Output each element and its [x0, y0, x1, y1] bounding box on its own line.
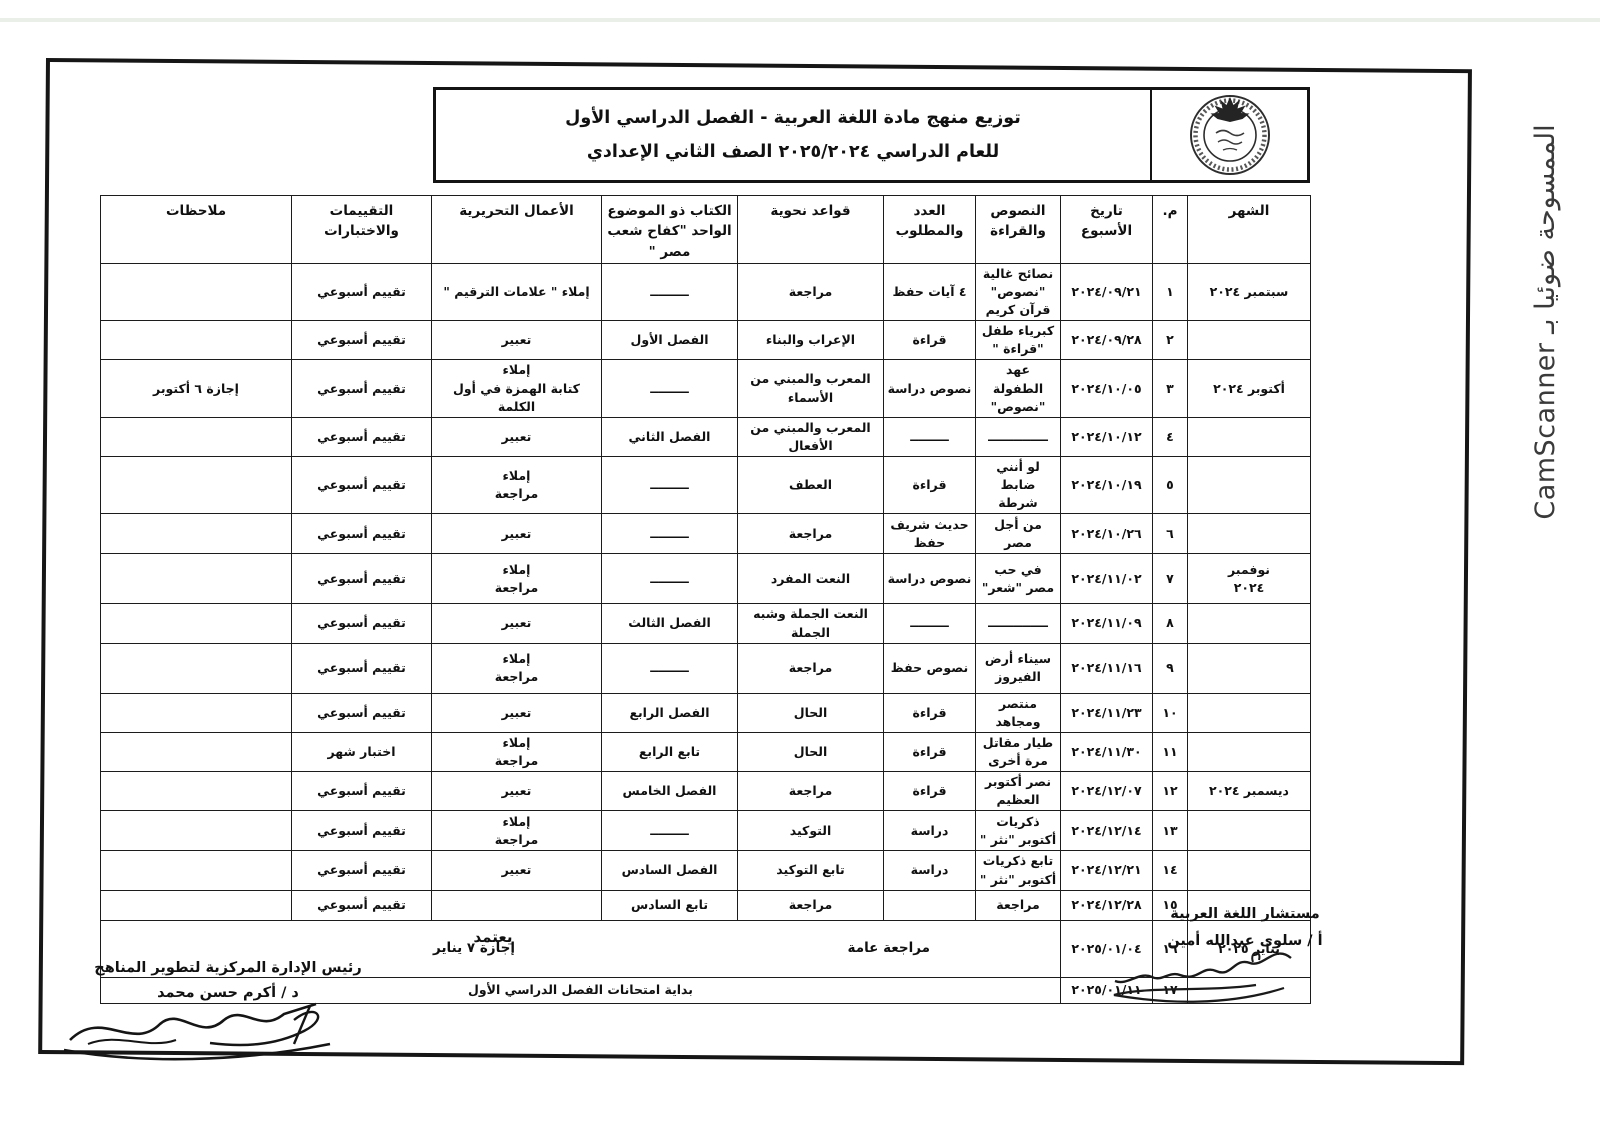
- cell-required: حديث شريف حفظ: [884, 514, 976, 554]
- cell-grammar: مراجعة: [738, 890, 884, 920]
- cell-assessment: تقييم أسبوعي: [292, 417, 432, 456]
- table-row-week1: سبتمبر ٢٠٢٤١٢٠٢٤/٠٩/٢١نصائح غالية "نصوص"…: [101, 263, 1311, 320]
- cell-assessment: تقييم أسبوعي: [292, 693, 432, 732]
- cell-required: ـــــــــ: [884, 604, 976, 643]
- cell-required: ٤ آيات حفظ: [884, 263, 976, 320]
- approval-label: يعتمد: [448, 928, 538, 946]
- camscanner-watermark: الممسوحة ضوئيا بـ CamScanner: [1530, 22, 1564, 622]
- cell-assessment: تقييم أسبوعي: [292, 321, 432, 360]
- cell-date: ٢٠٢٤/١٠/١٩: [1061, 457, 1153, 514]
- general-review-label: مراجعة عامة: [848, 939, 930, 959]
- cell-required: قراءة: [884, 732, 976, 771]
- cell-date: ٢٠٢٤/١٢/٢٨: [1061, 890, 1153, 920]
- cell-grammar: المعرب والمبني من الأفعال: [738, 417, 884, 456]
- cell-assessment: تقييم أسبوعي: [292, 554, 432, 604]
- col-header-written-works: الأعمال التحريرية: [432, 196, 602, 264]
- cell-notes: [101, 321, 292, 360]
- cell-book: ـــــــــ: [602, 554, 738, 604]
- col-header-assessments-exams: التقييمات والاختبارات: [292, 196, 432, 264]
- cell-texts: تابع ذكريات أكتوبر "نثر ": [976, 851, 1061, 890]
- table-row-week10: ١٠٢٠٢٤/١١/٢٣منتصر ومجاهدقراءةالحالالفصل …: [101, 693, 1311, 732]
- cell-month: [1188, 851, 1311, 890]
- cell-required: دراسة: [884, 851, 976, 890]
- cell-written: إملاء مراجعة: [432, 732, 602, 771]
- cell-texts: ــــــــــــــ: [976, 604, 1061, 643]
- cell-assessment: تقييم أسبوعي: [292, 811, 432, 851]
- cell-date: ٢٠٢٤/١١/٣٠: [1061, 732, 1153, 771]
- cell-texts: طيار مقاتل مرة أخرى: [976, 732, 1061, 771]
- cell-required: ـــــــــ: [884, 417, 976, 456]
- cell-month: [1188, 811, 1311, 851]
- title-line-1: توزيع منهج مادة اللغة العربية - الفصل ال…: [436, 101, 1150, 135]
- cell-book: تابع السادس: [602, 890, 738, 920]
- cell-assessment: تقييم أسبوعي: [292, 890, 432, 920]
- cell-book: ـــــــــ: [602, 811, 738, 851]
- cell-grammar: الحال: [738, 693, 884, 732]
- cell-grammar: مراجعة: [738, 263, 884, 320]
- cell-grammar: مراجعة: [738, 514, 884, 554]
- cell-grammar: تابع التوكيد: [738, 851, 884, 890]
- cell-date: ٢٠٢٤/١٠/٠٥: [1061, 360, 1153, 417]
- cell-date: ٢٠٢٤/١٠/٢٦: [1061, 514, 1153, 554]
- table-row-week2: ٢٢٠٢٤/٠٩/٢٨كبرياء طفل "قراءة "قراءةالإعر…: [101, 321, 1311, 360]
- ministry-seal-icon: [1186, 89, 1274, 181]
- cell-notes: [101, 604, 292, 643]
- col-header-texts-reading: النصوص والقراءة: [976, 196, 1061, 264]
- cell-written: إملاء " علامات الترقيم ": [432, 263, 602, 320]
- table-row-week6: ٦٢٠٢٤/١٠/٢٦من أجل مصرحديث شريف حفظمراجعة…: [101, 514, 1311, 554]
- cell-book: ـــــــــ: [602, 360, 738, 417]
- cell-texts: عهد الطفولة "نصوص": [976, 360, 1061, 417]
- cell-date: ٢٠٢٤/١٢/١٤: [1061, 811, 1153, 851]
- cell-notes: [101, 772, 292, 811]
- consultant-signature: [1108, 938, 1303, 1010]
- cell-book: تابع الرابع: [602, 732, 738, 771]
- cell-notes: [101, 643, 292, 693]
- cell-date: ٢٠٢٤/١١/٠٩: [1061, 604, 1153, 643]
- cell-written: إملاء مراجعة: [432, 554, 602, 604]
- document-header: توزيع منهج مادة اللغة العربية - الفصل ال…: [433, 87, 1310, 183]
- col-header-grammar: قواعد نحوية: [738, 196, 884, 264]
- cell-notes: [101, 263, 292, 320]
- cell-book: ـــــــــ: [602, 263, 738, 320]
- cell-notes: [101, 732, 292, 771]
- cell-book: الفصل الأول: [602, 321, 738, 360]
- table-row-week5: ٥٢٠٢٤/١٠/١٩لو أنني ضابط شرطةقراءةالعطفــ…: [101, 457, 1311, 514]
- cell-month: [1188, 693, 1311, 732]
- col-header-notes: ملاحظات: [101, 196, 292, 264]
- cell-month: سبتمبر ٢٠٢٤: [1188, 263, 1311, 320]
- cell-grammar: العطف: [738, 457, 884, 514]
- cell-required: [884, 890, 976, 920]
- cell-assessment: تقييم أسبوعي: [292, 772, 432, 811]
- cell-assessment: تقييم أسبوعي: [292, 604, 432, 643]
- cell-num: ٧: [1153, 554, 1188, 604]
- cell-book: الفصل الثاني: [602, 417, 738, 456]
- cell-texts: ذكريات أكتوبر "نثر ": [976, 811, 1061, 851]
- cell-date: ٢٠٢٤/١١/١٦: [1061, 643, 1153, 693]
- cell-grammar: النعت الجملة وشبه الجملة: [738, 604, 884, 643]
- cell-assessment: تقييم أسبوعي: [292, 263, 432, 320]
- cell-grammar: مراجعة: [738, 772, 884, 811]
- cell-written: تعبير: [432, 417, 602, 456]
- cell-written: إملاء كتابة الهمزة في أول الكلمة: [432, 360, 602, 417]
- cell-num: ٦: [1153, 514, 1188, 554]
- cell-month: ديسمبر ٢٠٢٤: [1188, 772, 1311, 811]
- cell-written: إملاء مراجعة: [432, 643, 602, 693]
- cell-num: ٤: [1153, 417, 1188, 456]
- cell-grammar: النعت المفرد: [738, 554, 884, 604]
- col-header-single-topic-book: الكتاب ذو الموضوع الواحد "كفاح شعب مصر ": [602, 196, 738, 264]
- cell-notes: [101, 457, 292, 514]
- cell-assessment: تقييم أسبوعي: [292, 360, 432, 417]
- consultant-title: مستشار اللغة العربية: [1140, 901, 1350, 928]
- cell-texts: كبرياء طفل "قراءة ": [976, 321, 1061, 360]
- cell-written: تعبير: [432, 772, 602, 811]
- cell-notes: [101, 417, 292, 456]
- cell-month: [1188, 417, 1311, 456]
- head-signature: [58, 992, 348, 1064]
- cell-date: ٢٠٢٤/١٢/٠٧: [1061, 772, 1153, 811]
- cell-month: [1188, 732, 1311, 771]
- cell-required: نصوص دراسة: [884, 360, 976, 417]
- cell-month: أكتوبر ٢٠٢٤: [1188, 360, 1311, 417]
- cell-texts: من أجل مصر: [976, 514, 1061, 554]
- cell-num: ١: [1153, 263, 1188, 320]
- cell-written: إملاء مراجعة: [432, 457, 602, 514]
- document-title: توزيع منهج مادة اللغة العربية - الفصل ال…: [436, 90, 1150, 180]
- scan-artifact-streak: [0, 18, 1600, 22]
- cell-num: ٢: [1153, 321, 1188, 360]
- table-row-week14: ١٤٢٠٢٤/١٢/٢١تابع ذكريات أكتوبر "نثر "درا…: [101, 851, 1311, 890]
- cell-texts: سيناء أرض الفيروز: [976, 643, 1061, 693]
- table-row-week9: ٩٢٠٢٤/١١/١٦سيناء أرض الفيروزنصوص حفظمراج…: [101, 643, 1311, 693]
- cell-month: نوفمبر ٢٠٢٤: [1188, 554, 1311, 604]
- cell-notes: [101, 693, 292, 732]
- cell-num: ٥: [1153, 457, 1188, 514]
- cell-written: [432, 890, 602, 920]
- cell-date: ٢٠٢٤/٠٩/٢١: [1061, 263, 1153, 320]
- col-header-month: الشهر: [1188, 196, 1311, 264]
- cell-assessment: تقييم أسبوعي: [292, 643, 432, 693]
- cell-written: تعبير: [432, 321, 602, 360]
- cell-book: الفصل الخامس: [602, 772, 738, 811]
- cell-grammar: الإعراب والبناء: [738, 321, 884, 360]
- cell-texts: ــــــــــــــ: [976, 417, 1061, 456]
- cell-month: [1188, 643, 1311, 693]
- cell-texts: منتصر ومجاهد: [976, 693, 1061, 732]
- cell-texts: نصائح غالية "نصوص" قرآن كريم: [976, 263, 1061, 320]
- cell-written: تعبير: [432, 851, 602, 890]
- cell-required: قراءة: [884, 457, 976, 514]
- cell-notes: إجازة ٦ أكتوبر: [101, 360, 292, 417]
- cell-book: الفصل الثالث: [602, 604, 738, 643]
- cell-notes: [101, 554, 292, 604]
- cell-month: [1188, 604, 1311, 643]
- cell-written: تعبير: [432, 604, 602, 643]
- cell-month: [1188, 321, 1311, 360]
- cell-grammar: التوكيد: [738, 811, 884, 851]
- header-row: الشهر م. تاريخ الأسبوع النصوص والقراءة ا…: [101, 196, 1311, 264]
- cell-num: ١٣: [1153, 811, 1188, 851]
- cell-date: ٢٠٢٤/١٢/٢١: [1061, 851, 1153, 890]
- cell-required: نصوص دراسة: [884, 554, 976, 604]
- table-row-week3: أكتوبر ٢٠٢٤٣٢٠٢٤/١٠/٠٥عهد الطفولة "نصوص"…: [101, 360, 1311, 417]
- cell-required: نصوص حفظ: [884, 643, 976, 693]
- table-row-week12: ديسمبر ٢٠٢٤١٢٢٠٢٤/١٢/٠٧نصر أكتوبر العظيم…: [101, 772, 1311, 811]
- cell-notes: [101, 851, 292, 890]
- cell-required: دراسة: [884, 811, 976, 851]
- cell-notes: [101, 890, 292, 920]
- cell-month: [1188, 514, 1311, 554]
- cell-notes: [101, 811, 292, 851]
- cell-date: ٢٠٢٤/١٠/١٢: [1061, 417, 1153, 456]
- title-line-2: للعام الدراسي ٢٠٢٥/٢٠٢٤ الصف الثاني الإع…: [436, 135, 1150, 169]
- cell-grammar: الحال: [738, 732, 884, 771]
- cell-num: ١٠: [1153, 693, 1188, 732]
- col-header-week-date: تاريخ الأسبوع: [1061, 196, 1153, 264]
- table-row-week7: نوفمبر ٢٠٢٤٧٢٠٢٤/١١/٠٢في حب مصر "شعر"نصو…: [101, 554, 1311, 604]
- cell-num: ٨: [1153, 604, 1188, 643]
- table-row-week4: ٤٢٠٢٤/١٠/١٢ـــــــــــــــــــــــالمعرب…: [101, 417, 1311, 456]
- cell-month: [1188, 457, 1311, 514]
- cell-assessment: اختبار شهر: [292, 732, 432, 771]
- table-row-week11: ١١٢٠٢٤/١١/٣٠طيار مقاتل مرة أخرىقراءةالحا…: [101, 732, 1311, 771]
- cell-book: الفصل السادس: [602, 851, 738, 890]
- cell-texts: لو أنني ضابط شرطة: [976, 457, 1061, 514]
- cell-texts: في حب مصر "شعر": [976, 554, 1061, 604]
- cell-assessment: تقييم أسبوعي: [292, 514, 432, 554]
- table-row-week8: ٨٢٠٢٤/١١/٠٩ـــــــــــــــــــــــالنعت …: [101, 604, 1311, 643]
- cell-date: ٢٠٢٤/٠٩/٢٨: [1061, 321, 1153, 360]
- cell-num: ١٤: [1153, 851, 1188, 890]
- curriculum-table: الشهر م. تاريخ الأسبوع النصوص والقراءة ا…: [100, 195, 1311, 1004]
- cell-book: ـــــــــ: [602, 643, 738, 693]
- cell-book: الفصل الرابع: [602, 693, 738, 732]
- cell-date: ٢٠٢٤/١١/٠٢: [1061, 554, 1153, 604]
- table-row-week13: ١٣٢٠٢٤/١٢/١٤ذكريات أكتوبر "نثر "دراسةالت…: [101, 811, 1311, 851]
- cell-num: ٩: [1153, 643, 1188, 693]
- cell-num: ٣: [1153, 360, 1188, 417]
- cell-required: قراءة: [884, 693, 976, 732]
- cell-grammar: المعرب والمبني من الأسماء: [738, 360, 884, 417]
- cell-book: ـــــــــ: [602, 514, 738, 554]
- cell-texts: نصر أكتوبر العظيم: [976, 772, 1061, 811]
- cell-assessment: تقييم أسبوعي: [292, 851, 432, 890]
- cell-num: ١١: [1153, 732, 1188, 771]
- cell-written: تعبير: [432, 514, 602, 554]
- logo-cell: [1150, 90, 1307, 180]
- cell-texts: مراجعة: [976, 890, 1061, 920]
- cell-required: قراءة: [884, 321, 976, 360]
- cell-required: قراءة: [884, 772, 976, 811]
- cell-written: تعبير: [432, 693, 602, 732]
- cell-written: إملاء مراجعة: [432, 811, 602, 851]
- col-header-num: م.: [1153, 196, 1188, 264]
- col-header-count-required: العدد والمطلوب: [884, 196, 976, 264]
- cell-date: ٢٠٢٤/١١/٢٣: [1061, 693, 1153, 732]
- cell-notes: [101, 514, 292, 554]
- head-title: رئيس الإدارة المركزية لتطوير المناهج: [88, 956, 368, 981]
- cell-book: ـــــــــ: [602, 457, 738, 514]
- table-row-week15: ١٥٢٠٢٤/١٢/٢٨مراجعةمراجعةتابع السادستقييم…: [101, 890, 1311, 920]
- cell-assessment: تقييم أسبوعي: [292, 457, 432, 514]
- cell-grammar: مراجعة: [738, 643, 884, 693]
- cell-num: ١٢: [1153, 772, 1188, 811]
